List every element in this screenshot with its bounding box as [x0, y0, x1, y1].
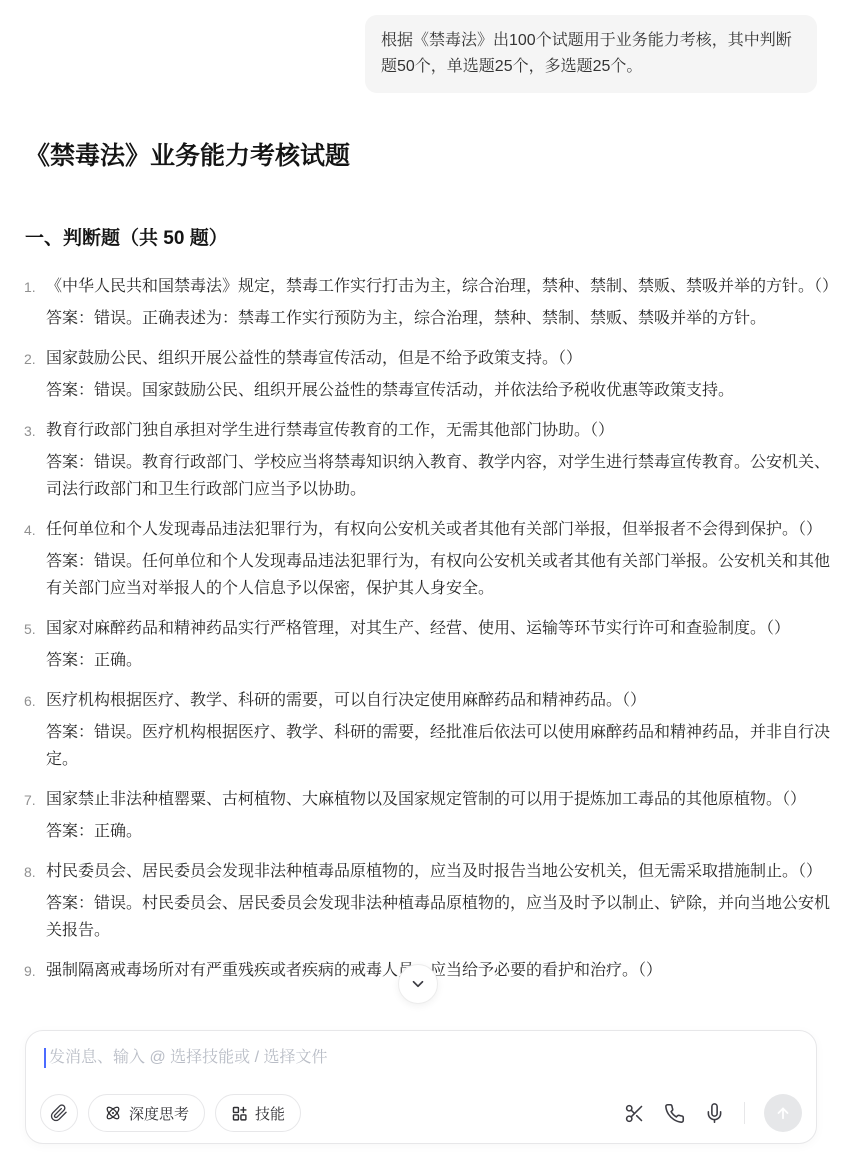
question-number: 6. — [24, 688, 36, 714]
answer-text: 答案：错误。村民委员会、居民委员会发现非法种植毒品原植物的，应当及时予以制止、铲… — [46, 890, 836, 944]
question-item: 6. 医疗机构根据医疗、教学、科研的需要，可以自行决定使用麻醉药品和精神药品。（… — [24, 687, 836, 773]
skills-label: 技能 — [255, 1103, 285, 1124]
arrow-up-icon — [774, 1104, 792, 1122]
user-message-text: 根据《禁毒法》出100个试题用于业务能力考核，其中判断题50个，单选题25个，多… — [381, 32, 792, 75]
question-item: 4. 任何单位和个人发现毒品违法犯罪行为，有权向公安机关或者其他有关部门举报，但… — [24, 516, 836, 602]
microphone-icon — [704, 1103, 725, 1124]
question-item: 1. 《中华人民共和国禁毒法》规定，禁毒工作实行打击为主，综合治理，禁种、禁制、… — [24, 273, 836, 332]
answer-text: 答案：正确。 — [46, 818, 836, 845]
question-number: 3. — [24, 418, 36, 444]
question-text: 国家对麻醉药品和精神药品实行严格管理，对其生产、经营、使用、运输等环节实行许可和… — [46, 615, 836, 642]
answer-text: 答案：错误。医疗机构根据医疗、教学、科研的需要，经批准后依法可以使用麻醉药品和精… — [46, 719, 836, 773]
answer-text: 答案：正确。 — [46, 647, 836, 674]
question-text: 国家禁止非法种植罂粟、古柯植物、大麻植物以及国家规定管制的可以用于提炼加工毒品的… — [46, 786, 836, 813]
question-item: 2. 国家鼓励公民、组织开展公益性的禁毒宣传活动，但是不给予政策支持。（） 答案… — [24, 345, 836, 404]
message-composer: 发消息、输入 @ 选择技能或 / 选择文件 深度思考 — [25, 1030, 817, 1144]
question-item: 3. 教育行政部门独自承担对学生进行禁毒宣传教育的工作，无需其他部门协助。（） … — [24, 417, 836, 503]
deep-think-label: 深度思考 — [129, 1103, 189, 1124]
scissors-icon — [624, 1103, 645, 1124]
question-number: 8. — [24, 859, 36, 885]
question-number: 1. — [24, 274, 36, 300]
question-number: 4. — [24, 517, 36, 543]
question-item: 5. 国家对麻醉药品和精神药品实行严格管理，对其生产、经营、使用、运输等环节实行… — [24, 615, 836, 674]
scroll-to-bottom-button[interactable] — [398, 964, 438, 1004]
user-message-bubble: 根据《禁毒法》出100个试题用于业务能力考核，其中判断题50个，单选题25个，多… — [365, 15, 817, 93]
answer-text: 答案：错误。教育行政部门、学校应当将禁毒知识纳入教育、教学内容，对学生进行禁毒宣… — [46, 449, 836, 503]
send-button[interactable] — [764, 1094, 802, 1132]
toolbar-divider — [744, 1102, 745, 1124]
question-item: 7. 国家禁止非法种植罂粟、古柯植物、大麻植物以及国家规定管制的可以用于提炼加工… — [24, 786, 836, 845]
phone-icon — [664, 1103, 685, 1124]
input-placeholder: 发消息、输入 @ 选择技能或 / 选择文件 — [49, 1046, 327, 1070]
question-list: 1. 《中华人民共和国禁毒法》规定，禁毒工作实行打击为主，综合治理，禁种、禁制、… — [24, 273, 836, 984]
question-text: 医疗机构根据医疗、教学、科研的需要，可以自行决定使用麻醉药品和精神药品。（） — [46, 687, 836, 714]
toolbar-right-group — [624, 1094, 802, 1132]
text-caret — [44, 1048, 46, 1068]
attach-file-button[interactable] — [40, 1094, 78, 1132]
paperclip-icon — [50, 1104, 68, 1122]
screenshot-button[interactable] — [624, 1103, 645, 1124]
blocks-plus-icon — [231, 1105, 248, 1122]
question-text: 教育行政部门独自承担对学生进行禁毒宣传教育的工作，无需其他部门协助。（） — [46, 417, 836, 444]
answer-text: 答案：错误。国家鼓励公民、组织开展公益性的禁毒宣传活动，并依法给予税收优惠等政策… — [46, 377, 836, 404]
toolbar-left-group: 深度思考 技能 — [40, 1094, 301, 1132]
question-text: 国家鼓励公民、组织开展公益性的禁毒宣传活动，但是不给予政策支持。（） — [46, 345, 836, 372]
question-text: 《中华人民共和国禁毒法》规定，禁毒工作实行打击为主，综合治理，禁种、禁制、禁贩、… — [46, 273, 836, 300]
section-heading: 一、判断题（共 50 题） — [25, 227, 836, 251]
document-title: 《禁毒法》业务能力考核试题 — [24, 141, 836, 171]
answer-text: 答案：错误。正确表述为：禁毒工作实行预防为主，综合治理，禁种、禁制、禁贩、禁吸并… — [46, 305, 836, 332]
question-item: 8. 村民委员会、居民委员会发现非法种植毒品原植物的，应当及时报告当地公安机关，… — [24, 858, 836, 944]
composer-toolbar: 深度思考 技能 — [40, 1094, 802, 1132]
deep-think-button[interactable]: 深度思考 — [88, 1094, 205, 1132]
voice-call-button[interactable] — [664, 1103, 685, 1124]
answer-text: 答案：错误。任何单位和个人发现毒品违法犯罪行为，有权向公安机关或者其他有关部门举… — [46, 548, 836, 602]
microphone-button[interactable] — [704, 1103, 725, 1124]
question-number: 9. — [24, 958, 36, 984]
question-number: 2. — [24, 346, 36, 372]
atom-icon — [104, 1104, 122, 1122]
question-number: 5. — [24, 616, 36, 642]
assistant-response: 《禁毒法》业务能力考核试题 一、判断题（共 50 题） 1. 《中华人民共和国禁… — [24, 141, 836, 997]
skills-button[interactable]: 技能 — [215, 1094, 301, 1132]
question-text: 任何单位和个人发现毒品违法犯罪行为，有权向公安机关或者其他有关部门举报，但举报者… — [46, 516, 836, 543]
question-text: 村民委员会、居民委员会发现非法种植毒品原植物的，应当及时报告当地公安机关，但无需… — [46, 858, 836, 885]
question-text: 强制隔离戒毒场所对有严重残疾或者疾病的戒毒人员，应当给予必要的看护和治疗。（） — [46, 957, 836, 984]
message-input[interactable]: 发消息、输入 @ 选择技能或 / 选择文件 — [44, 1046, 798, 1070]
question-number: 7. — [24, 787, 36, 813]
chevron-down-icon — [409, 975, 427, 993]
